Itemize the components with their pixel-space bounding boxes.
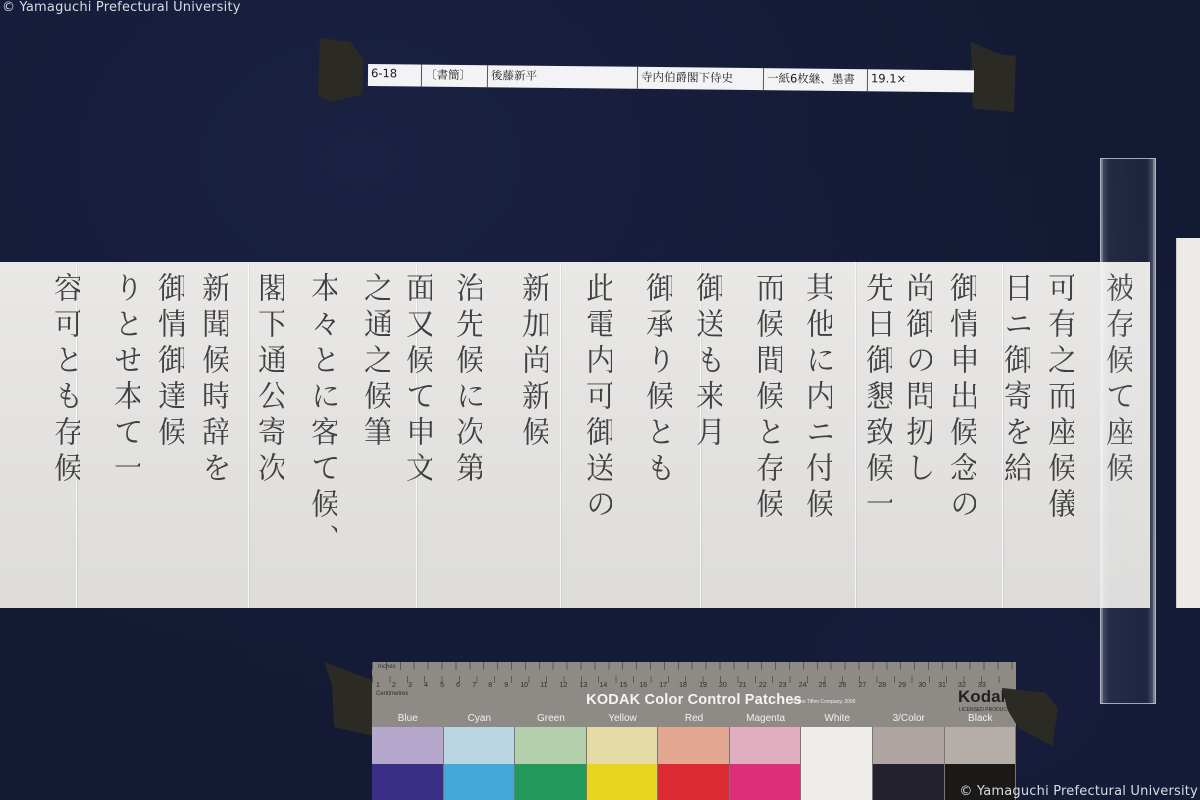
calligraphy-column: 而候間候と存候: [752, 272, 782, 597]
cm-tick-label: 8: [488, 682, 492, 689]
cm-tick-label: 21: [739, 682, 747, 689]
calligraphy-column: 新聞候時辞を: [198, 272, 228, 597]
cm-tick-label: 29: [898, 682, 906, 689]
paper-fold-line: [248, 262, 249, 608]
cm-tick-label: 6: [456, 682, 460, 689]
cm-tick-label: 4: [424, 682, 428, 689]
patch-light: [658, 727, 729, 764]
patch-dark: [873, 764, 944, 800]
cm-tick-label: 27: [858, 682, 866, 689]
masking-tape-bottom-left: [324, 662, 374, 736]
cm-tick-label: 26: [839, 682, 847, 689]
cm-tick-label: 7: [472, 682, 476, 689]
calligraphy-column: 御情申出候念の: [946, 272, 976, 597]
calligraphy-column: 治先候に次第: [452, 272, 482, 597]
patch-light: [587, 727, 658, 764]
catalog-label-cell: 19.1×: [868, 69, 974, 92]
patch-label: Red: [658, 713, 730, 727]
cm-tick-label: 30: [918, 682, 926, 689]
patch-dark: [658, 764, 729, 800]
patch-light: [372, 727, 443, 764]
paper-fold-line: [560, 262, 561, 608]
cm-ruler-numbers: 1234567891011121314151617181920212223242…: [376, 682, 1016, 689]
calligraphy-column: 本々とに客て候、: [307, 272, 337, 597]
calligraphy-column: 御情御達候: [154, 272, 184, 597]
catalog-label-cell: 寺内伯爵閣下侍史: [638, 67, 764, 90]
patch-label: Green: [515, 713, 587, 727]
cm-tick-label: 31: [938, 682, 946, 689]
patch-light: [801, 727, 872, 764]
cm-tick-label: 24: [799, 682, 807, 689]
cm-tick-label: 2: [392, 682, 396, 689]
catalog-label-cell: 〔書簡〕: [422, 65, 488, 88]
patch-light: [730, 727, 801, 764]
calligraphy-column: 新加尚新候: [518, 272, 548, 597]
patch-dark: [444, 764, 515, 800]
masking-tape-top-left: [316, 38, 364, 102]
kodak-card-title: KODAK Color Control Patches: [372, 692, 1016, 708]
patch-dark: [372, 764, 443, 800]
patch-dark: [515, 764, 586, 800]
calligraphy-column: 尚御の問扨し: [902, 272, 932, 597]
cm-tick-label: 12: [560, 682, 568, 689]
tiffen-copyright: © The Tiffen Company, 2000: [792, 699, 855, 705]
patch-dark: [730, 764, 801, 800]
cm-tick-label: 25: [819, 682, 827, 689]
catalog-label-cell: 一紙6枚継、墨書: [764, 68, 868, 91]
patch-label: Yellow: [587, 713, 659, 727]
cm-tick-label: 16: [639, 682, 647, 689]
color-patch-cyan: [444, 727, 516, 800]
patch-label: Cyan: [444, 713, 516, 727]
copyright-watermark-bottom: © Yamaguchi Prefectural University: [959, 784, 1198, 799]
kodak-logo: Kodak: [958, 687, 1010, 707]
color-patch-3-color: [873, 727, 945, 800]
calligraphy-column: 御送も来月: [692, 272, 722, 597]
color-patch-magenta: [730, 727, 802, 800]
inches-label: Inches: [378, 664, 396, 670]
catalog-label-cell: 6-18: [368, 64, 422, 87]
color-patch-yellow: [587, 727, 659, 800]
patch-label: Blue: [372, 713, 444, 727]
calligraphy-column: 可有之而座候儀: [1044, 272, 1074, 597]
cm-tick-label: 9: [504, 682, 508, 689]
calligraphy-column: りとせ本て一: [110, 272, 140, 597]
catalog-label-cell: 後藤新平: [488, 65, 638, 89]
patch-label-row: BlueCyanGreenYellowRedMagentaWhite3/Colo…: [372, 713, 1016, 727]
patch-label: 3/Color: [873, 713, 945, 727]
cm-tick-label: 3: [408, 682, 412, 689]
cm-tick-label: 20: [719, 682, 727, 689]
cm-tick-label: 11: [540, 682, 547, 689]
paper-fold-line: [855, 262, 856, 608]
patch-dark: [801, 764, 872, 800]
adjacent-letter-sheet: [1176, 238, 1200, 608]
calligraphy-column: 日ニ御寄を給: [1000, 272, 1030, 597]
cm-tick-label: 13: [580, 682, 588, 689]
cm-tick-label: 10: [520, 682, 528, 689]
calligraphy-column: 御承り候とも: [642, 272, 672, 597]
masking-tape-top-right: [968, 42, 1016, 112]
patch-dark: [587, 764, 658, 800]
catalog-label-strip: 6-18〔書簡〕後藤新平寺内伯爵閣下侍史一紙6枚継、墨書19.1×: [368, 64, 974, 92]
cm-tick-label: 19: [699, 682, 707, 689]
color-patch-blue: [372, 727, 444, 800]
calligraphy-column: 面又候て申文: [402, 272, 432, 597]
patch-label: Black: [945, 713, 1017, 727]
patch-light: [444, 727, 515, 764]
patch-light: [515, 727, 586, 764]
calligraphy-column: 容可とも存候: [50, 272, 80, 597]
calligraphy-column: 此電内可御送の: [582, 272, 612, 597]
cm-tick-label: 28: [878, 682, 886, 689]
cm-tick-label: 23: [779, 682, 787, 689]
calligraphy-column: 閣下通公寄次: [254, 272, 284, 597]
calligraphy-column: 先日御懇致候一: [862, 272, 892, 597]
kodak-color-card: Inches 123456789101112131415161718192021…: [372, 662, 1016, 800]
calligraphy-column: 其他に内ニ付候: [802, 272, 832, 597]
cm-tick-label: 5: [440, 682, 444, 689]
cm-tick-label: 17: [659, 682, 667, 689]
patch-light: [945, 727, 1016, 764]
glass-weight-bar: [1100, 158, 1156, 704]
cm-tick-label: 15: [619, 682, 627, 689]
cm-tick-label: 22: [759, 682, 767, 689]
color-patch-white: [801, 727, 873, 800]
cm-tick-label: 1: [376, 682, 380, 689]
patch-label: White: [801, 713, 873, 727]
cm-tick-label: 14: [599, 682, 607, 689]
copyright-watermark-top: © Yamaguchi Prefectural University: [2, 0, 241, 15]
calligraphy-column: 之通之候筆: [360, 272, 390, 597]
letter-scroll: 被存候て座候可有之而座候儀日ニ御寄を給御情申出候念の尚御の問扨し先日御懇致候一其…: [0, 262, 1150, 608]
cm-tick-label: 18: [679, 682, 687, 689]
color-patch-red: [658, 727, 730, 800]
color-patch-green: [515, 727, 587, 800]
color-patches: [372, 727, 1016, 800]
patch-light: [873, 727, 944, 764]
patch-label: Magenta: [730, 713, 802, 727]
